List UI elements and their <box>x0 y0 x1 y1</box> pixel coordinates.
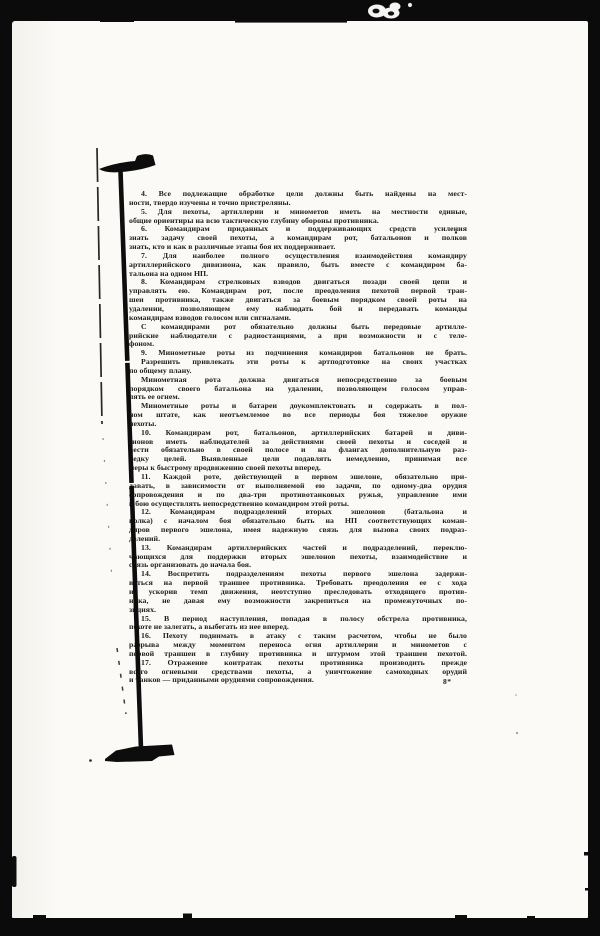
text-block: 4. Все подлежащие обработке цели должны … <box>129 190 467 685</box>
scanned-book-page: 4. Все подлежащие обработке цели должны … <box>0 0 600 936</box>
text-line: ном штате, как неотъемлемое во все перио… <box>129 411 467 420</box>
signature-mark: 8* <box>443 677 452 686</box>
text-line: и танков — приданными орудиями сопровожд… <box>129 676 467 685</box>
text-line: ника, не давая ему возможности закрепить… <box>129 597 467 606</box>
text-line: диров первого эшелона, имея надежную свя… <box>129 526 467 535</box>
text-line: рийские наблюдатели с радиостанциями, а … <box>129 332 467 341</box>
scan-white-scribble <box>368 3 412 19</box>
